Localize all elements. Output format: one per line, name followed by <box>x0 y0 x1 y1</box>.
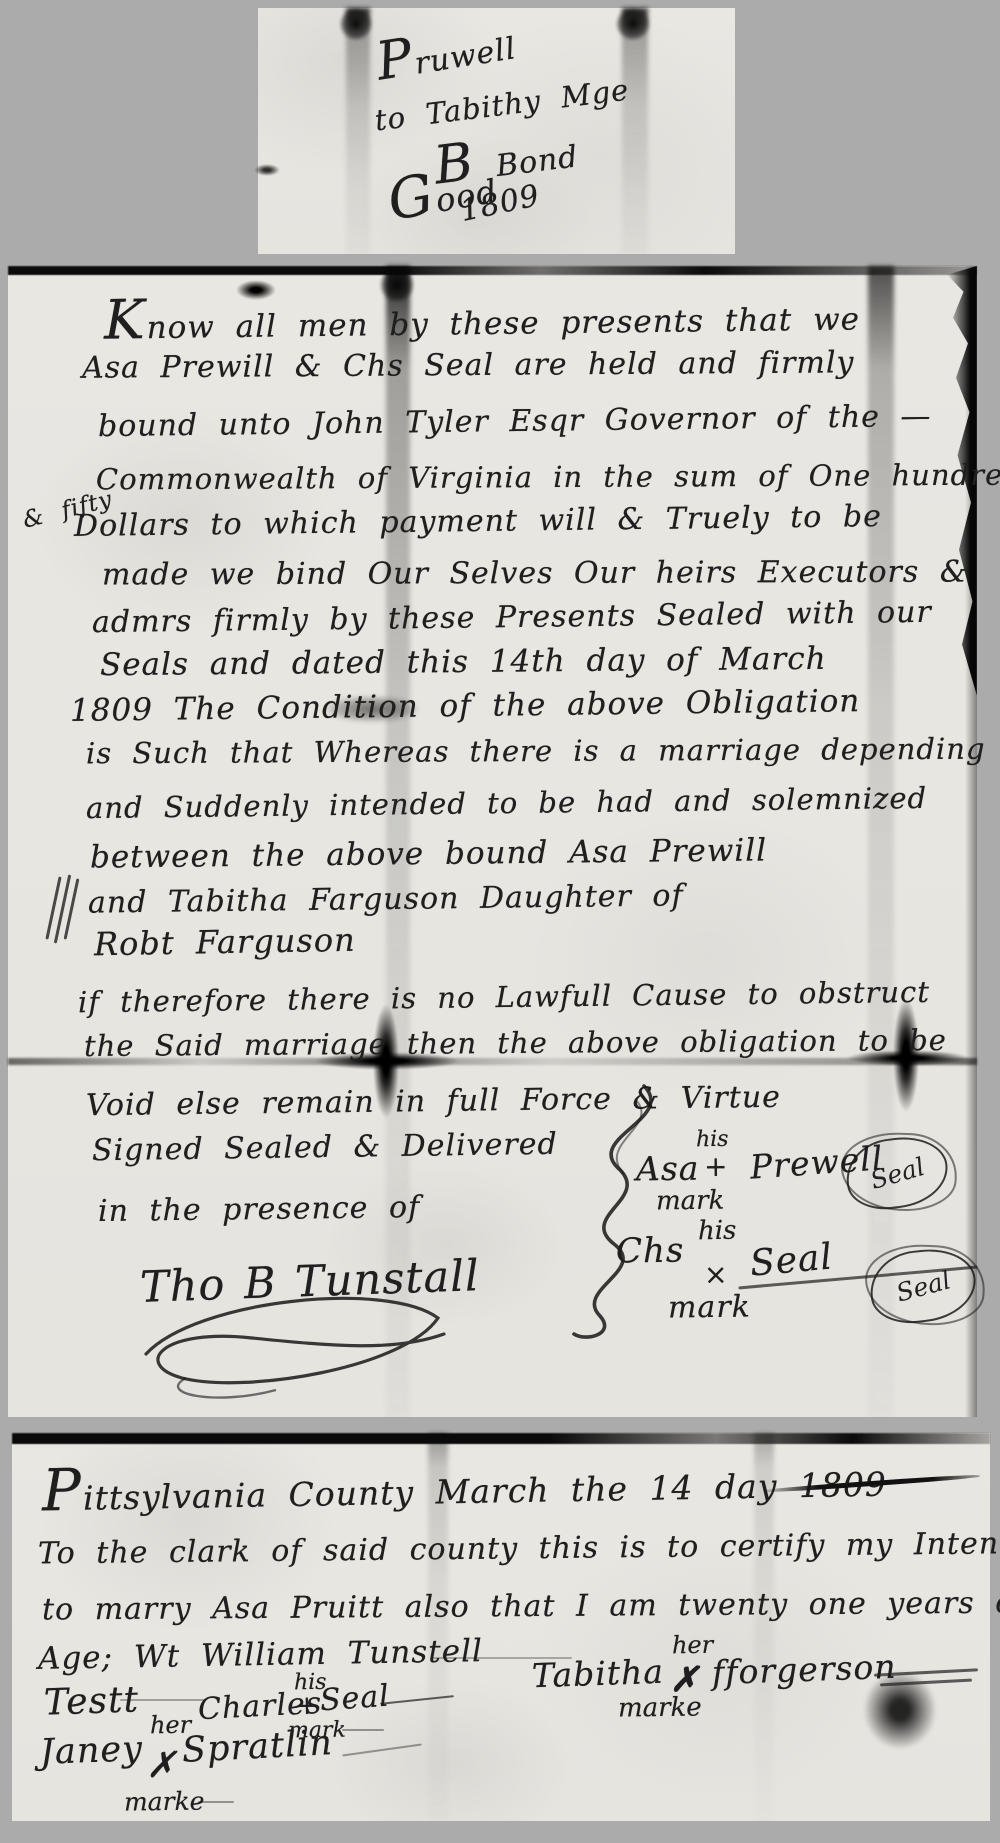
asa-first-name: Asa <box>636 1152 700 1187</box>
tabitha-mark-word: marke <box>618 1694 702 1722</box>
asa-seal: Seal <box>842 1132 952 1214</box>
tabitha-last-name: fforgerson <box>711 1650 897 1691</box>
bond-fold-right <box>868 266 894 1417</box>
asa-mark-word: mark <box>656 1188 725 1216</box>
chs-mark-word: mark <box>668 1291 751 1324</box>
bond-line: Commonwealth of Virginia in the sum of O… <box>96 460 1000 495</box>
bond-top-edge <box>8 266 977 275</box>
bond-line: Seals and dated this 14th day of March <box>100 643 827 682</box>
bond-panel: Know all men by these presents that we A… <box>8 266 977 1417</box>
chs-last-name: Seal <box>749 1238 835 1283</box>
chs-seal-label: Seal <box>893 1265 953 1307</box>
chs-mark-cross: × <box>704 1260 729 1290</box>
bond-line: Dollars to which payment will & Truely t… <box>74 501 882 542</box>
scanned-marriage-bond-page: Pruwell to Tabithy Mge B Bond Good 1809 … <box>0 0 1000 1843</box>
docket-fold-wedge-left <box>334 2 378 46</box>
bond-line: the Said marriage then the above obligat… <box>84 1025 947 1061</box>
tabitha-her-word: her <box>672 1633 713 1659</box>
margin-scribble <box>52 874 82 946</box>
bond-line: admrs firmly by these Presents Sealed wi… <box>92 597 932 639</box>
chs-his-word: his <box>698 1218 737 1246</box>
charles-mark-flourish <box>342 1729 384 1731</box>
attest-word: Testt <box>43 1681 139 1722</box>
consent-top-edge <box>12 1433 990 1444</box>
bond-line: Know all men by these presents that we <box>104 283 861 349</box>
asa-seal-label: Seal <box>867 1152 928 1195</box>
bond-line: Asa Prewill & Chs Seal are held and firm… <box>82 347 855 384</box>
charles-surname: Seal <box>319 1681 391 1717</box>
docket-ink-speck <box>254 164 280 176</box>
docket-fold-wedge-right <box>610 2 656 46</box>
docket-panel: Pruwell to Tabithy Mge B Bond Good 1809 <box>258 8 735 254</box>
consent-line: to marry Asa Pruitt also that I am twent… <box>42 1588 1000 1626</box>
bond-line: is Such that Whereas there is a marriage… <box>86 734 986 769</box>
asa-mark-cross: + <box>704 1152 729 1182</box>
bond-line: and Suddenly intended to be had and sole… <box>86 783 927 824</box>
bond-line: made we bind Our Selves Our heirs Execut… <box>102 556 968 591</box>
chs-first-name: Chs <box>616 1234 685 1271</box>
bond-line: Robt Farguson <box>94 924 356 962</box>
charles-mark-cross: + <box>296 1693 319 1721</box>
attest-flourish <box>120 1699 206 1701</box>
bond-line: between the above bound Asa Prewill <box>90 834 767 874</box>
bond-line: 1809 The Condition of the above Obligati… <box>70 685 861 727</box>
tabitha-first-name: Tabitha <box>531 1655 664 1694</box>
janey-first-name: Janey <box>39 1731 143 1771</box>
consent-line: To the clark of said county this is to c… <box>38 1528 1000 1570</box>
chs-seal: Seal <box>867 1245 980 1328</box>
bond-right-edge-shadow <box>965 266 977 1417</box>
janey-mark-word: marke <box>124 1789 205 1816</box>
asa-his-word: his <box>696 1128 729 1151</box>
docket-name: Pruwell <box>373 13 520 89</box>
bond-line: bound unto John Tyler Esqr Governor of t… <box>98 401 932 443</box>
consent-panel: Pittsylvania County March the 14 day 180… <box>12 1433 990 1821</box>
janey-last-name: Spratlin <box>181 1725 334 1770</box>
janey-mark-cross: ✗ <box>146 1747 178 1785</box>
consent-line: Age; Wt William Tunstell <box>38 1635 483 1675</box>
bond-line: if therefore there is no Lawfull Cause t… <box>78 977 930 1018</box>
witness-flourish <box>126 1294 466 1414</box>
bond-line: in the presence of <box>98 1192 421 1227</box>
bond-line: and Tabitha Farguson Daughter of <box>88 880 684 919</box>
bond-line: Signed Sealed & Delivered <box>92 1129 558 1167</box>
janey-mark-flourish <box>198 1801 234 1803</box>
janey-last-flourish <box>342 1743 421 1756</box>
